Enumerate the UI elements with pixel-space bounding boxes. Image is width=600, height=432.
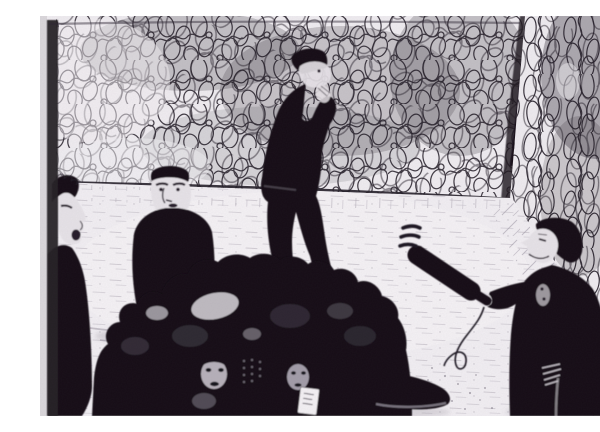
photocopy-grain-overlay: [40, 16, 600, 416]
cartoon-image: Scanned black-and-white pen-and-ink edit…: [40, 16, 600, 416]
cartoon-svg: Scanned black-and-white pen-and-ink edit…: [40, 16, 600, 416]
